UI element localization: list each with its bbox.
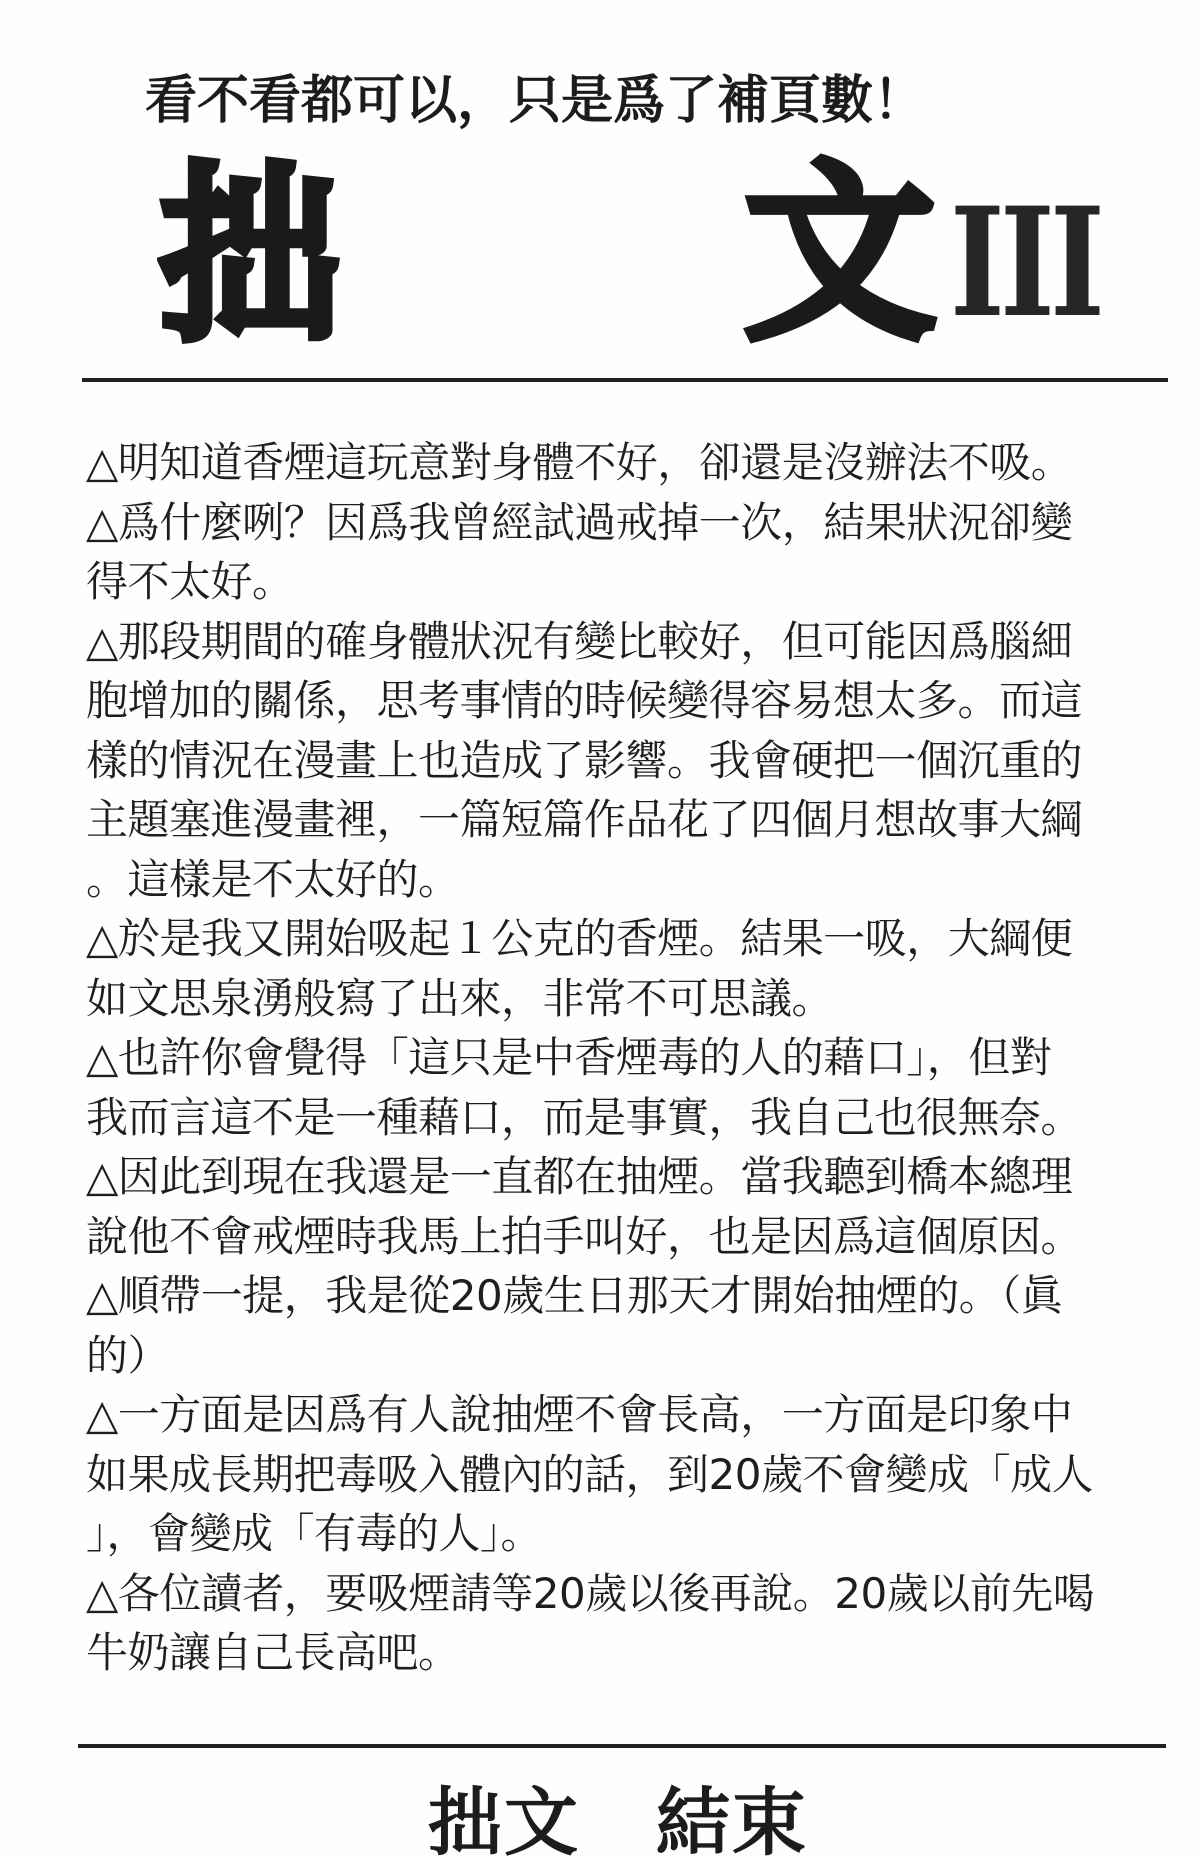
text-line: △也許你會覺得「這只是中香煙毒的人的藉口」，但對 [86,1028,1186,1088]
title-character-1: 拙 [160,162,341,352]
text-line: △那段期間的確身體狀況有變比較好，但可能因爲腦細 [86,612,1186,672]
text-line: 如果成長期把毒吸入體內的話，到20歲不會變成「成人 [86,1445,1186,1505]
text-line: △爲什麼咧？因爲我曾經試過戒掉一次，結果狀況卻變 [86,493,1186,553]
text-line: 我而言這不是一種藉口，而是事實，我自己也很無奈。 [86,1088,1186,1148]
title-volume-numeral: III [950,188,1100,338]
text-line: 樣的情況在漫畫上也造成了影響。我會硬把一個沉重的 [86,731,1186,791]
afterword-body: △明知道香煙這玩意對身體不好，卻還是沒辦法不吸。 △爲什麼咧？因爲我曾經試過戒掉… [86,433,1186,1683]
text-line: △順帶一提，我是從20歲生日那天才開始抽煙的。（眞 [86,1266,1186,1326]
text-line: △因此到現在我還是一直都在抽煙。當我聽到橋本總理 [86,1147,1186,1207]
text-line: 胞增加的關係，思考事情的時候變得容易想太多。而這 [86,671,1186,731]
text-line: △各位讀者，要吸煙請等20歲以後再說。20歲以前先喝 [86,1564,1186,1624]
text-line: 」，會變成「有毒的人」。 [86,1504,1186,1564]
footer-divider [78,1744,1166,1748]
text-line: 牛奶讓自己長高吧。 [86,1623,1186,1683]
text-line: △一方面是因爲有人說抽煙不會長高，一方面是印象中 [86,1385,1186,1445]
text-line: 得不太好。 [86,552,1186,612]
page-subtitle: 看不看都可以，只是爲了補頁數！ [145,58,925,133]
text-line: △明知道香煙這玩意對身體不好，卻還是沒辦法不吸。 [86,433,1186,493]
text-line: 。這樣是不太好的。 [86,850,1186,910]
manga-afterword-page: 看不看都可以，只是爲了補頁數！ 拙 文 III △明知道香煙這玩意對身體不好，卻… [0,0,1200,1862]
text-line: 的） [86,1326,1186,1386]
text-line: 主題塞進漫畫裡，一篇短篇作品花了四個月想故事大綱 [86,790,1186,850]
text-line: 如文思泉湧般寫了出來，非常不可思議。 [86,969,1186,1029]
text-line: 說他不會戒煙時我馬上拍手叫好，也是因爲這個原因。 [86,1207,1186,1267]
header-divider [82,378,1168,382]
text-line: △於是我又開始吸起１公克的香煙。結果一吸，大綱便 [86,909,1186,969]
footer-end-title: 拙文 結束 [428,1764,808,1862]
title-character-2: 文 [745,160,935,350]
